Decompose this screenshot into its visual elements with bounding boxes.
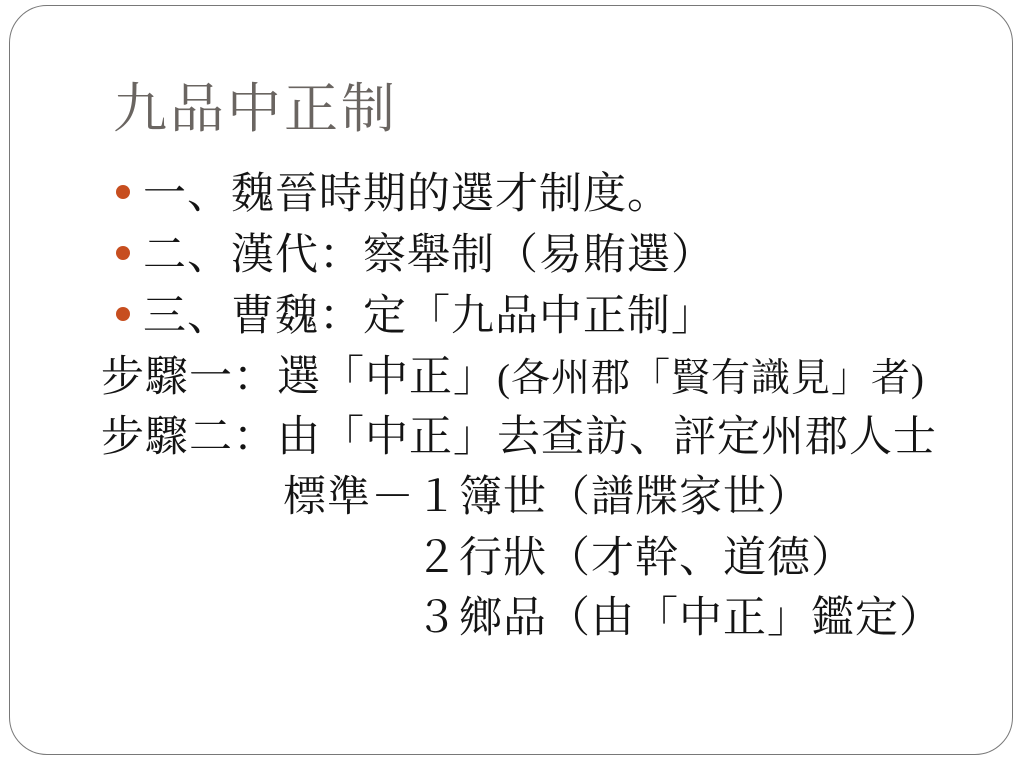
criterion-line-1: 標準－１簿世（譜牒家世）	[283, 468, 811, 528]
step-2-main: 步驟二：由「中正」去查訪、評定州郡人士	[101, 414, 937, 461]
step-1-main: 步驟一：選「中正」	[101, 354, 497, 401]
bullet-item-2: 二、漢代：察舉制（易賄選）	[143, 226, 715, 286]
criterion-line-2: ２行狀（才幹、道德）	[415, 529, 855, 589]
criterion-line-3: ３鄉品（由「中正」鑑定）	[415, 589, 943, 649]
bullet-dot-icon	[116, 185, 130, 199]
bullet-item-3: 三、曹魏：定「九品中正制」	[143, 287, 715, 347]
presentation-slide: 九品中正制 一、魏晉時期的選才制度。 二、漢代：察舉制（易賄選） 三、曹魏：定「…	[0, 0, 1024, 768]
bullet-dot-icon	[116, 246, 130, 260]
bullet-item-1: 一、魏晉時期的選才制度。	[143, 165, 671, 225]
step-1-parenthetical: (各州郡「賢有識見」者)	[497, 357, 925, 400]
bullet-dot-icon	[116, 307, 130, 321]
step-line-1: 步驟一：選「中正」(各州郡「賢有識見」者)	[101, 348, 925, 409]
step-line-2: 步驟二：由「中正」去查訪、評定州郡人士	[101, 408, 937, 469]
slide-title: 九品中正制	[113, 80, 398, 138]
